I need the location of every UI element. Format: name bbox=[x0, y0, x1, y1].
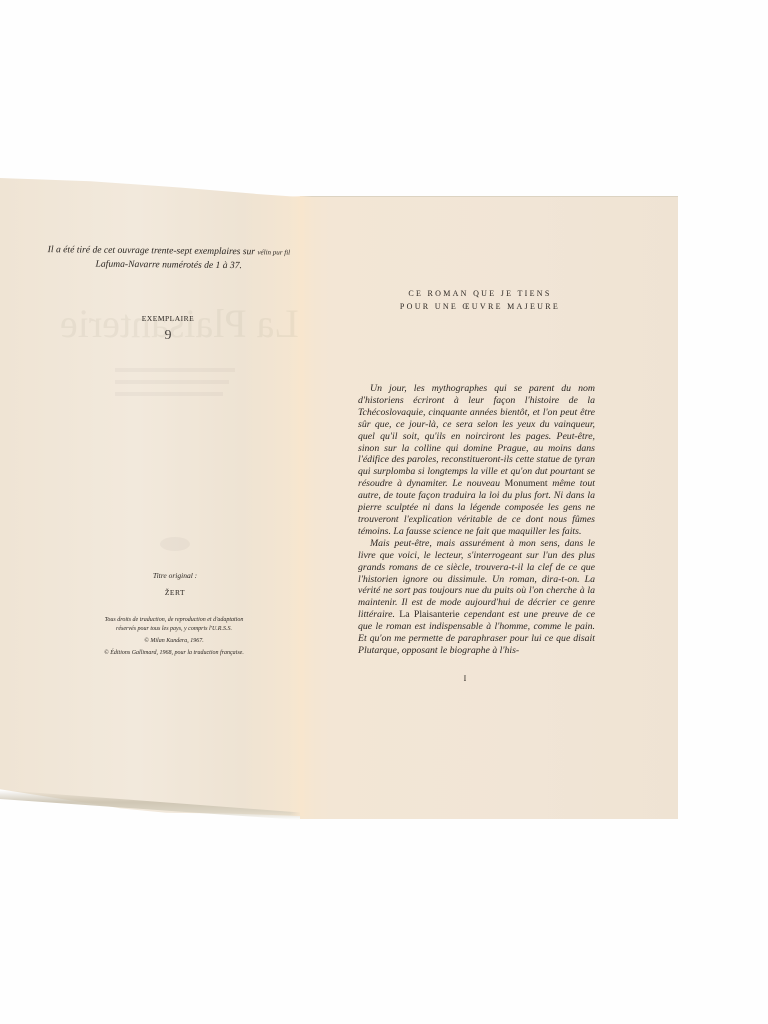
exemplaire-number: 9 bbox=[128, 328, 208, 344]
page-number: I bbox=[455, 674, 475, 683]
limited-edition-note: Il a été tiré de cet ouvrage trente-sept… bbox=[34, 243, 304, 273]
paragraph-1: Un jour, les mythographes qui se parent … bbox=[358, 383, 595, 538]
copyright-publisher: © Éditions Gallimard, 1968, pour la trad… bbox=[84, 649, 264, 658]
preface-heading: CE ROMAN QUE JE TIENS POUR UNE ŒUVRE MAJ… bbox=[360, 287, 600, 313]
heading-line-1: CE ROMAN QUE JE TIENS bbox=[360, 287, 600, 300]
paragraph-2-roman: La Plaisanterie bbox=[399, 609, 459, 620]
left-page bbox=[0, 178, 302, 816]
paragraph-1-roman: Monument bbox=[505, 478, 548, 489]
rights-line-2: réservés pour tous les pays, y compris l… bbox=[84, 625, 264, 634]
paragraph-2: Mais peut-être, mais assurément à mon se… bbox=[358, 538, 595, 657]
original-title: ŽERT bbox=[145, 588, 205, 597]
printing-note-line1: Il a été tiré de cet ouvrage trente-sept… bbox=[48, 244, 258, 257]
paragraph-2-text: Mais peut-être, mais assurément à mon se… bbox=[358, 538, 595, 620]
preface-body: Un jour, les mythographes qui se parent … bbox=[358, 383, 595, 657]
rights-line-1: Tous droits de traduction, de reproducti… bbox=[84, 616, 264, 625]
original-title-label: Titre original : bbox=[145, 571, 205, 580]
copyright-author: © Milan Kundera, 1967. bbox=[84, 637, 264, 646]
showthrough-publisher-logo bbox=[160, 537, 190, 551]
heading-line-2: POUR UNE ŒUVRE MAJEURE bbox=[360, 300, 600, 313]
exemplaire-label: EXEMPLAIRE bbox=[128, 314, 208, 323]
book-gutter bbox=[290, 196, 312, 816]
printing-note-paper: vélin pur fil bbox=[257, 248, 290, 256]
copyright-block: Tous droits de traduction, de reproducti… bbox=[84, 616, 264, 658]
paragraph-1-text: Un jour, les mythographes qui se parent … bbox=[358, 383, 595, 489]
printing-note-line2: Lafuma-Navarre numérotés de 1 à 37. bbox=[96, 259, 242, 272]
photo-scene: Il a été tiré de cet ouvrage trente-sept… bbox=[0, 0, 768, 1024]
